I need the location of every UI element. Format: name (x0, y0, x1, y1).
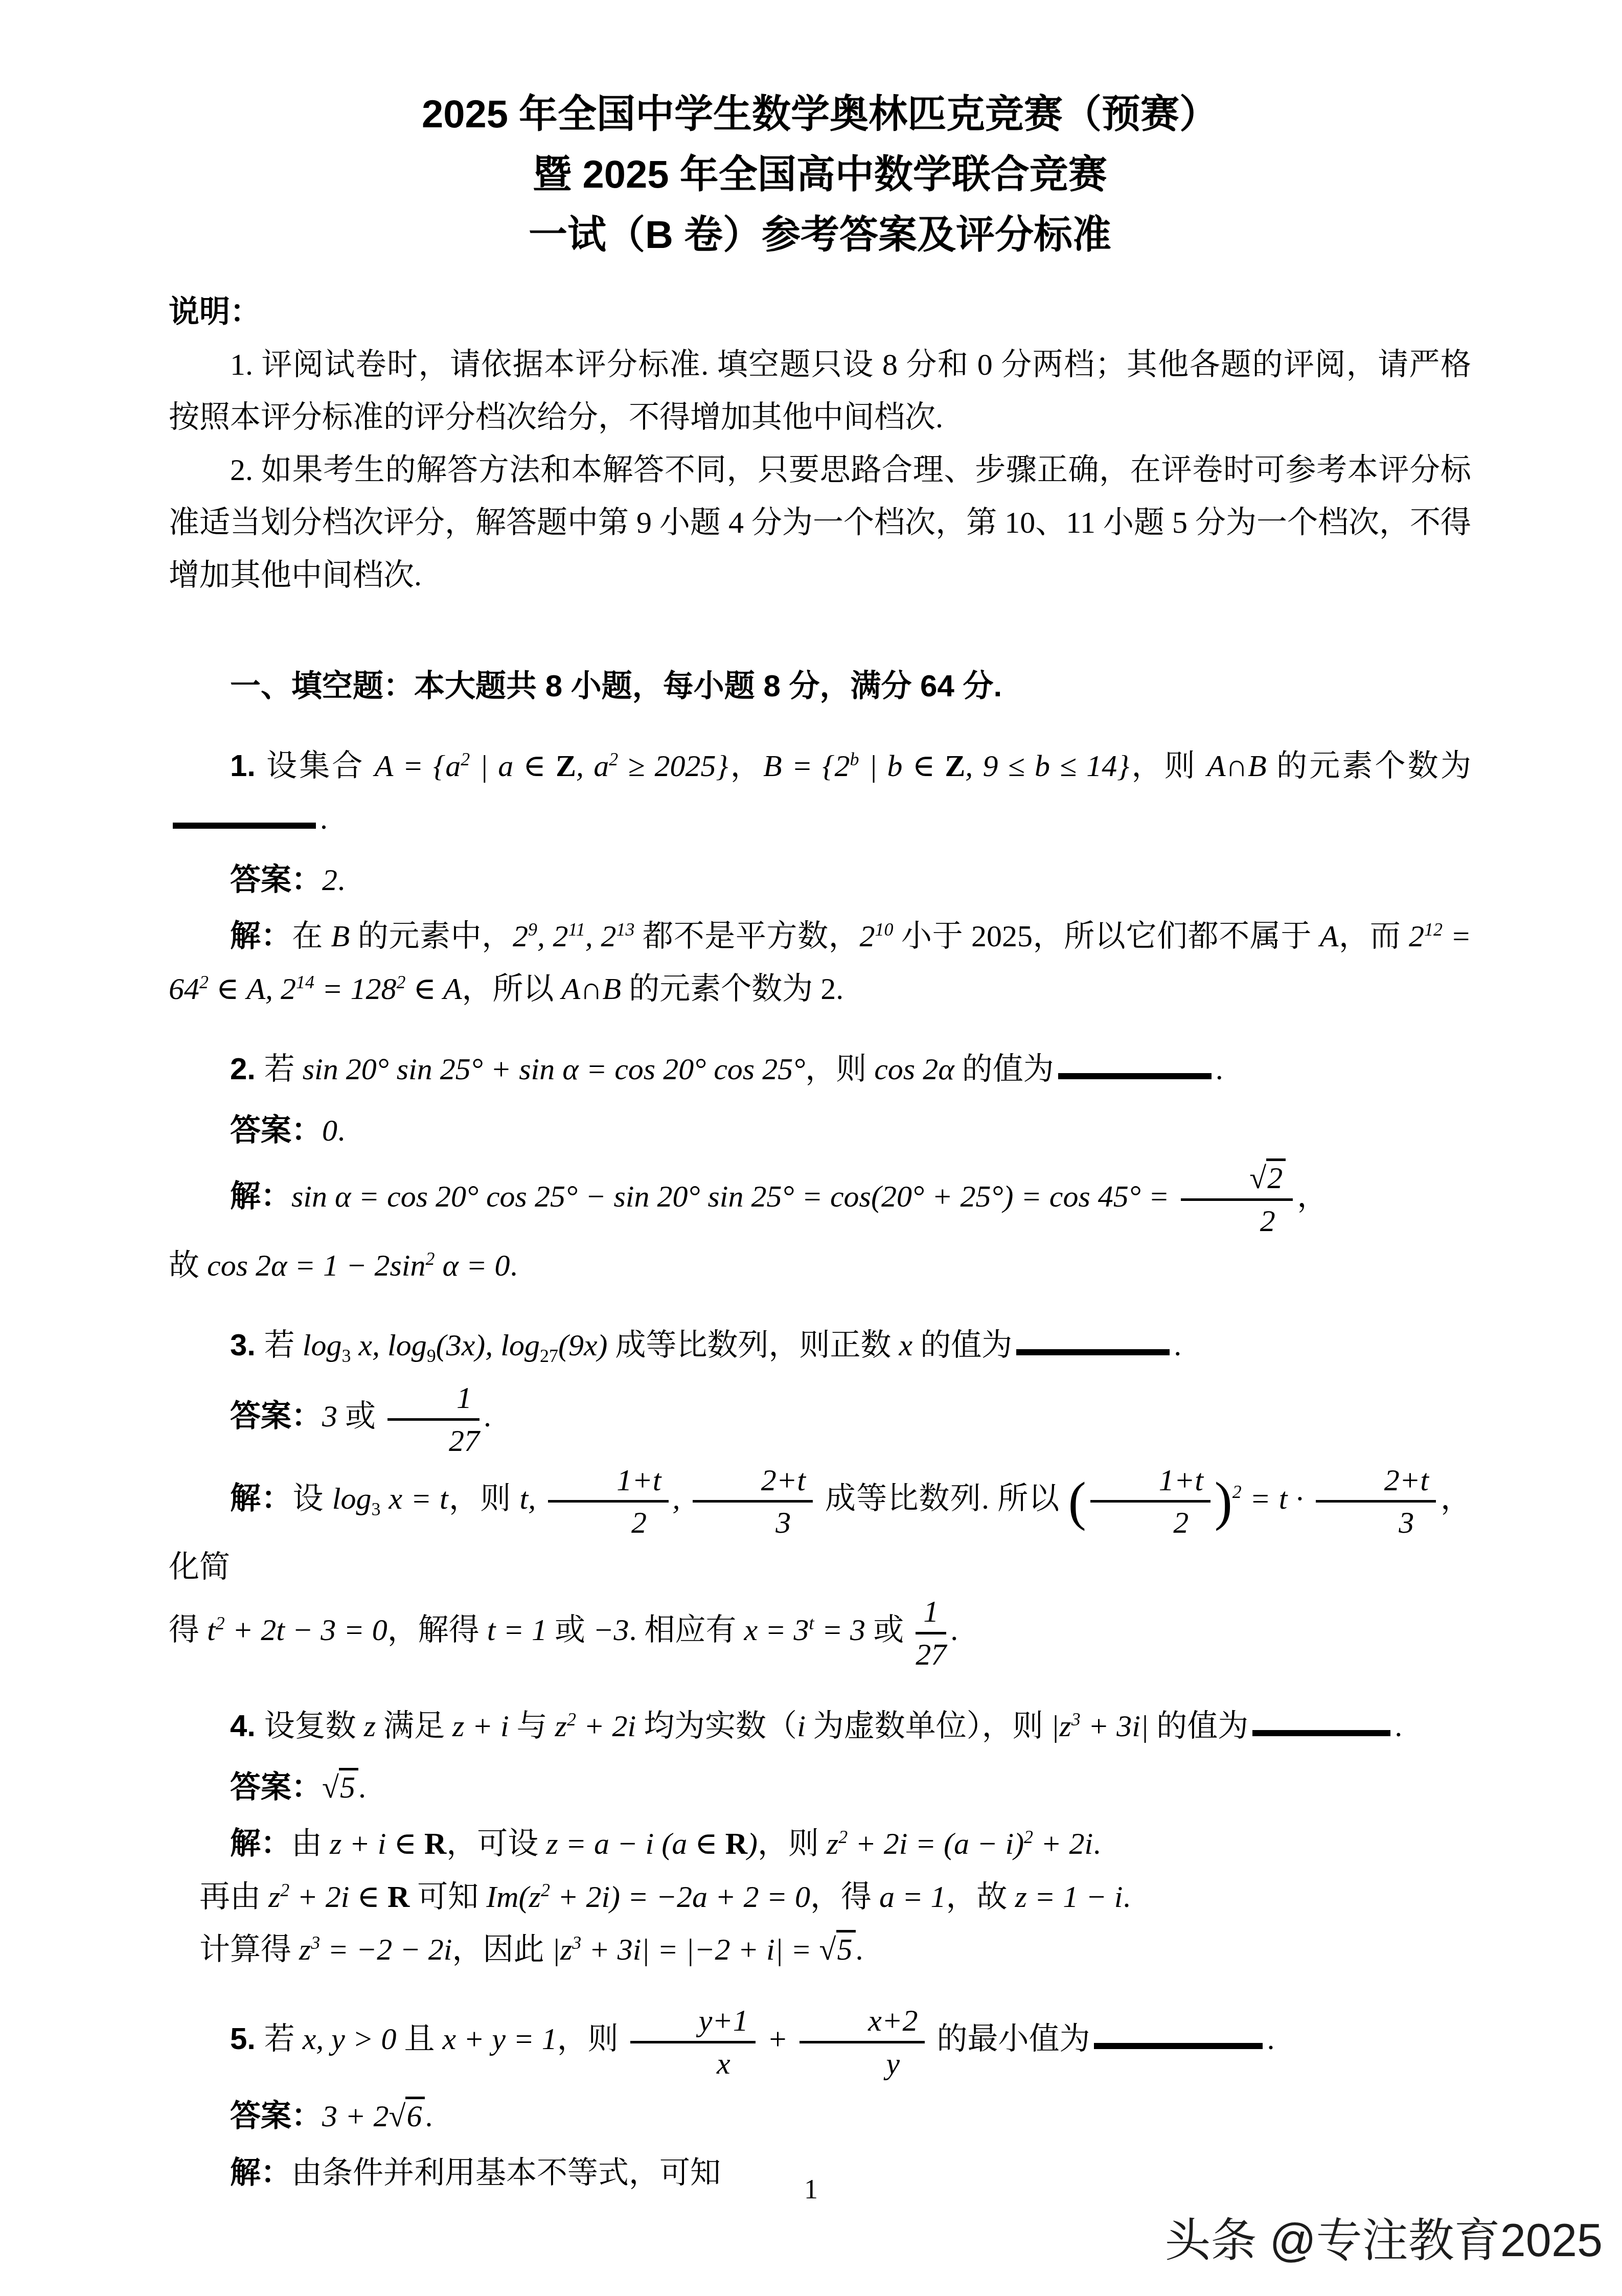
fraction: 2+t3 (693, 1462, 813, 1541)
fraction: √22 (1181, 1160, 1293, 1239)
question-2: 2. 若 sin 20° sin 25° + sin α = cos 20° c… (169, 1042, 1471, 1096)
solution-2: 解：sin α = cos 20° cos 25° − sin 20° sin … (169, 1160, 1471, 1239)
solution-2-line-2: 故 cos 2α = 1 − 2sin2 α = 0. (169, 1239, 1471, 1292)
watermark: 头条 @专注教育2025 (1164, 2203, 1603, 2269)
answer-blank (1016, 1323, 1170, 1355)
square-root: √5 (322, 1768, 358, 1804)
title-block: 2025 年全国中学生数学奥林匹克竞赛（预赛） 暨 2025 年全国高中数学联合… (169, 84, 1471, 265)
fraction: y+1x (630, 2003, 756, 2082)
fraction: 1+t2 (1090, 1462, 1210, 1541)
answer-5: 答案：3 + 2√6. (169, 2089, 1471, 2143)
title-line-2: 暨 2025 年全国高中数学联合竞赛 (169, 145, 1471, 205)
note-2: 2. 如果考生的解答方法和本解答不同，只要思路合理、步骤正确，在评卷时可参考本评… (169, 444, 1471, 602)
solution-4-line-3: 计算得 z3 = −2 − 2i，因此 |z3 + 3i| = |−2 + i|… (169, 1923, 1471, 1976)
title-line-1: 2025 年全国中学生数学奥林匹克竞赛（预赛） (169, 84, 1471, 145)
solution-3: 解：设 log3 x = t，则 t, 1+t2, 2+t3 成等比数列. 所以… (169, 1462, 1471, 1594)
answer-blank (173, 797, 316, 829)
solution-4: 解：由 z + i ∈ R，可设 z = a − i (a ∈ R)，则 z2 … (169, 1817, 1471, 1870)
solution-1: 解：在 B 的元素中，29, 211, 213 都不是平方数，210 小于 20… (169, 910, 1471, 1015)
fraction: 127 (916, 1594, 946, 1673)
page-number: 1 (0, 2173, 1622, 2205)
answer-blank (1094, 2017, 1263, 2049)
fraction: 1+t2 (548, 1462, 668, 1541)
fraction: 2+t3 (1316, 1462, 1436, 1541)
answer-4: 答案：√5. (169, 1761, 1471, 1814)
square-root: √6 (389, 2097, 425, 2133)
fraction: 127 (387, 1380, 479, 1459)
fraction: x+2y (799, 2003, 925, 2082)
answer-1: 答案：2. (169, 853, 1471, 906)
question-4: 4. 设复数 z 满足 z + i 与 z2 + 2i 均为实数（i 为虚数单位… (169, 1699, 1471, 1753)
notes-label: 说明： (169, 285, 1471, 338)
question-1: 1. 设集合 A = {a2 | a ∈ Z, a2 ≥ 2025}，B = {… (169, 739, 1471, 845)
square-root: √5 (819, 1930, 856, 1966)
document-page: 2025 年全国中学生数学奥林匹克竞赛（预赛） 暨 2025 年全国高中数学联合… (0, 0, 1622, 2296)
note-1: 1. 评阅试卷时，请依据本评分标准. 填空题只设 8 分和 0 分两档；其他各题… (169, 338, 1471, 444)
question-3: 3. 若 log3 x, log9(3x), log27(9x) 成等比数列，则… (169, 1319, 1471, 1372)
solution-3-line-2: 得 t2 + 2t − 3 = 0，解得 t = 1 或 −3. 相应有 x =… (169, 1594, 1471, 1673)
document-body: 说明：1. 评阅试卷时，请依据本评分标准. 填空题只设 8 分和 0 分两档；其… (169, 285, 1471, 2199)
solution-4-line-2: 再由 z2 + 2i ∈ R 可知 Im(z2 + 2i) = −2a + 2 … (169, 1871, 1471, 1923)
title-line-3: 一试（B 卷）参考答案及评分标准 (169, 205, 1471, 265)
square-root: √2 (1249, 1158, 1286, 1195)
answer-3: 答案：3 或 127. (169, 1380, 1471, 1459)
question-5: 5. 若 x, y > 0 且 x + y = 1，则 y+1x + x+2y … (169, 2003, 1471, 2082)
answer-blank (1058, 1047, 1212, 1079)
section-header: 一、填空题：本大题共 8 小题，每小题 8 分，满分 64 分. (169, 660, 1471, 713)
answer-blank (1252, 1704, 1390, 1736)
answer-2: 答案：0. (169, 1104, 1471, 1157)
